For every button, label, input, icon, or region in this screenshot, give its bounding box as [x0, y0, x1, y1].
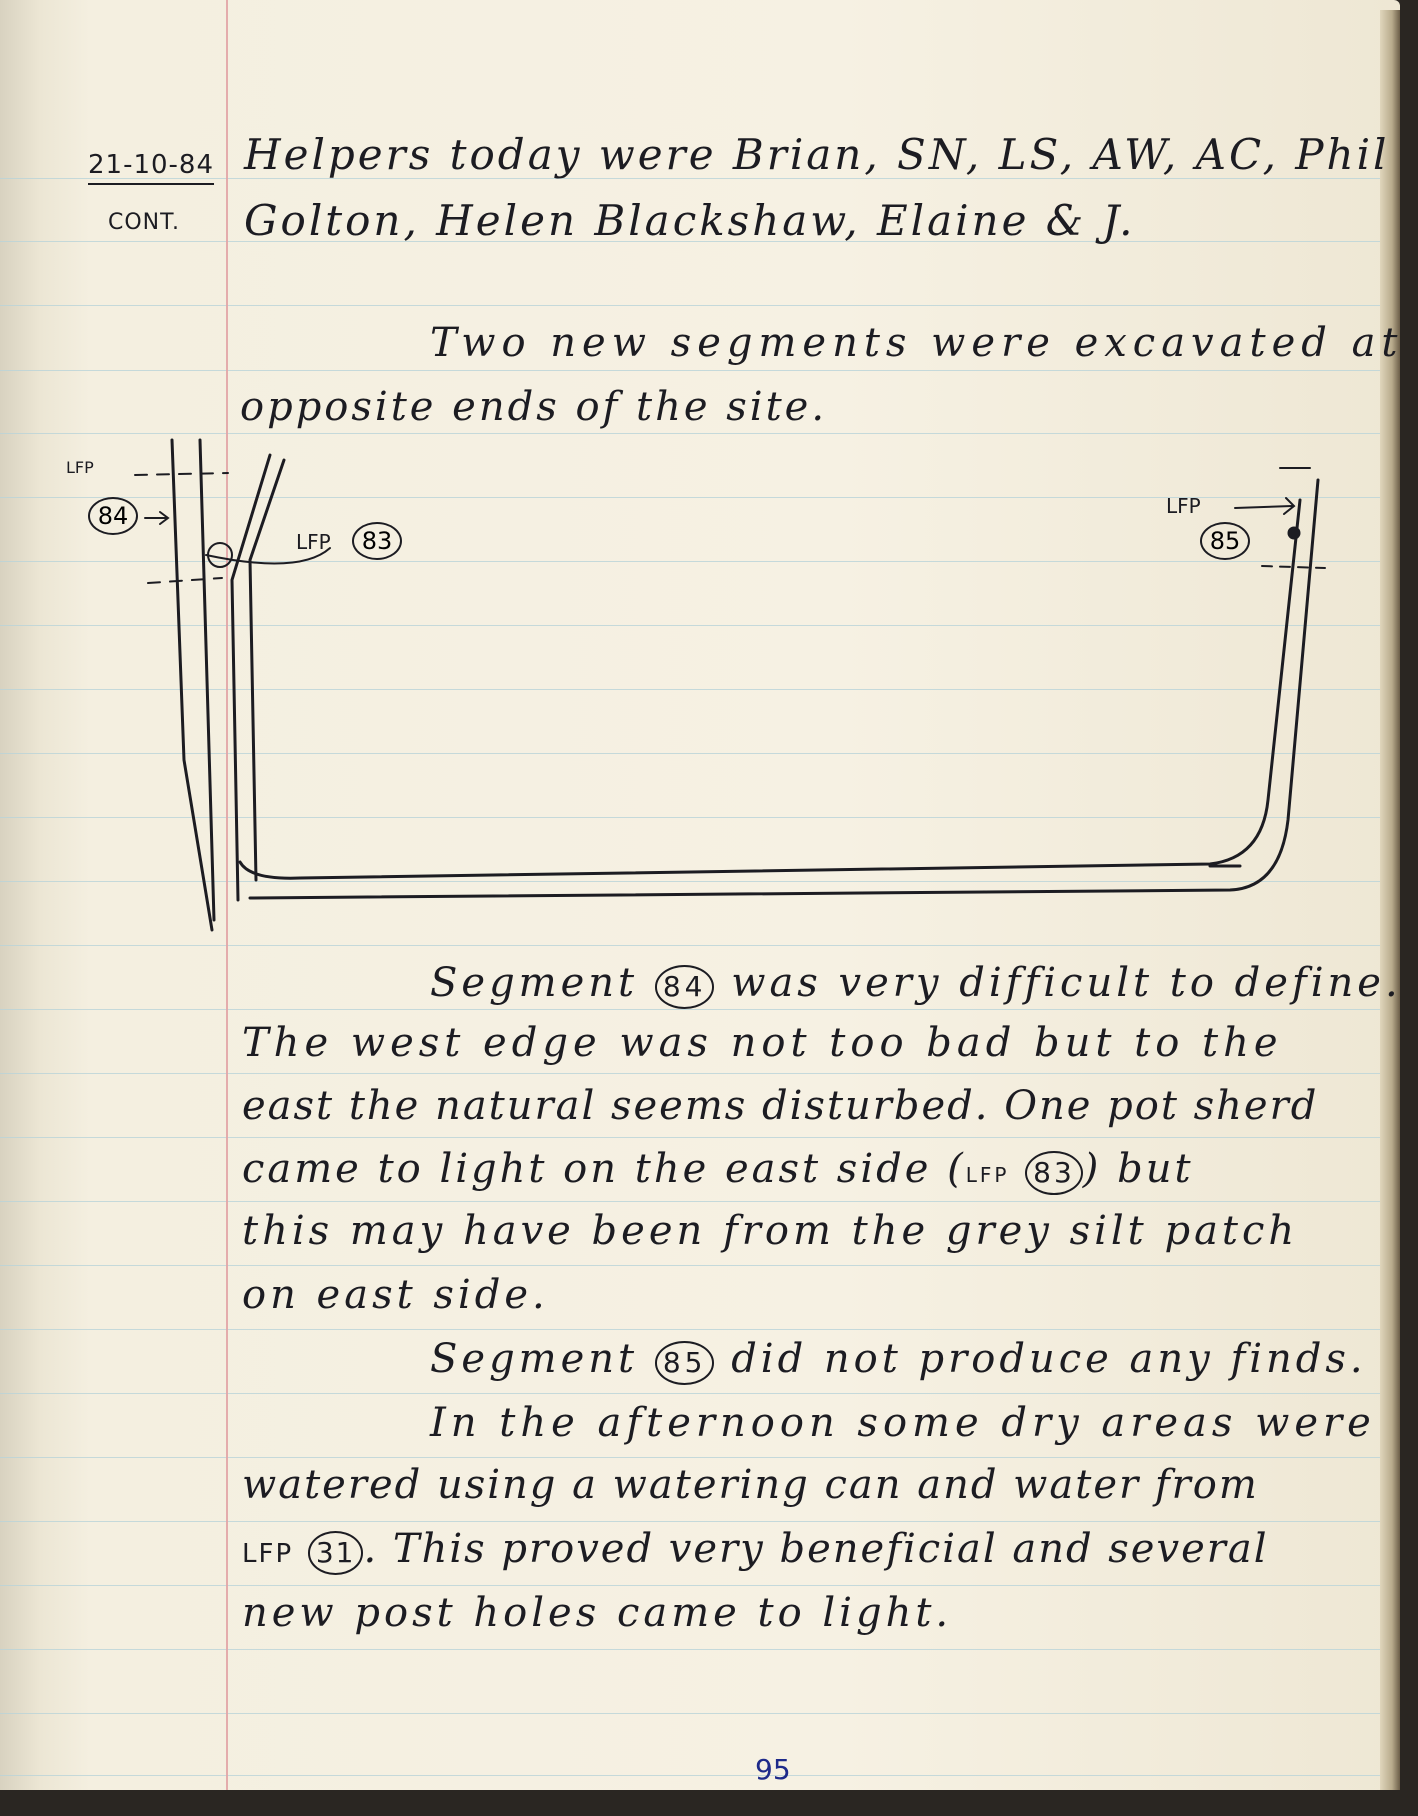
ruled-line	[0, 1775, 1395, 1776]
body-line: came to light on the east side (LFP 83) …	[242, 1146, 1194, 1195]
ruled-line	[0, 1649, 1395, 1650]
sketch-label-84: 84	[88, 497, 138, 535]
body-line: watered using a watering can and water f…	[242, 1462, 1259, 1508]
ruled-line	[0, 1265, 1395, 1266]
ruled-line	[0, 1137, 1395, 1138]
body-line: this may have been from the grey silt pa…	[242, 1208, 1298, 1254]
site-sketch	[0, 0, 1418, 960]
body-line: east the natural seems disturbed. One po…	[242, 1083, 1318, 1129]
lfp-83-ref: 83	[1025, 1151, 1083, 1195]
body-line: The west edge was not too bad but to the	[242, 1020, 1283, 1066]
body-line: Segment 84 was very difficult to define.	[430, 960, 1402, 1009]
body-line: Segment 85 did not produce any finds.	[430, 1336, 1367, 1385]
notebook-page: 21-10-84 CONT. Helpers today were Brian,…	[0, 0, 1400, 1790]
ruled-line	[0, 1393, 1395, 1394]
body-line: new post holes came to light.	[242, 1590, 952, 1636]
sketch-label-lfp-right: LFP	[1166, 494, 1201, 518]
body-line: In the afternoon some dry areas were	[430, 1400, 1376, 1446]
ruled-line	[0, 1521, 1395, 1522]
ruled-line	[0, 1009, 1395, 1010]
sketch-label-lfp-left: LFP	[66, 458, 94, 477]
sketch-label-83: 83	[352, 522, 402, 560]
body-line: LFP 31. This proved very beneficial and …	[242, 1526, 1269, 1575]
ruled-line	[0, 1457, 1395, 1458]
sketch-label-85: 85	[1200, 522, 1250, 560]
page-number: 95	[755, 1753, 791, 1786]
sketch-label-lfp-mid: LFP	[296, 530, 331, 554]
segment-84-ref: 84	[655, 965, 715, 1009]
ruled-line	[0, 1585, 1395, 1586]
ruled-line	[0, 1201, 1395, 1202]
body-line: on east side.	[242, 1272, 549, 1318]
ruled-line	[0, 1329, 1395, 1330]
segment-85-ref: 85	[655, 1341, 715, 1385]
ruled-line	[0, 1073, 1395, 1074]
lfp-31-ref: 31	[308, 1531, 364, 1575]
ruled-line	[0, 1713, 1395, 1714]
